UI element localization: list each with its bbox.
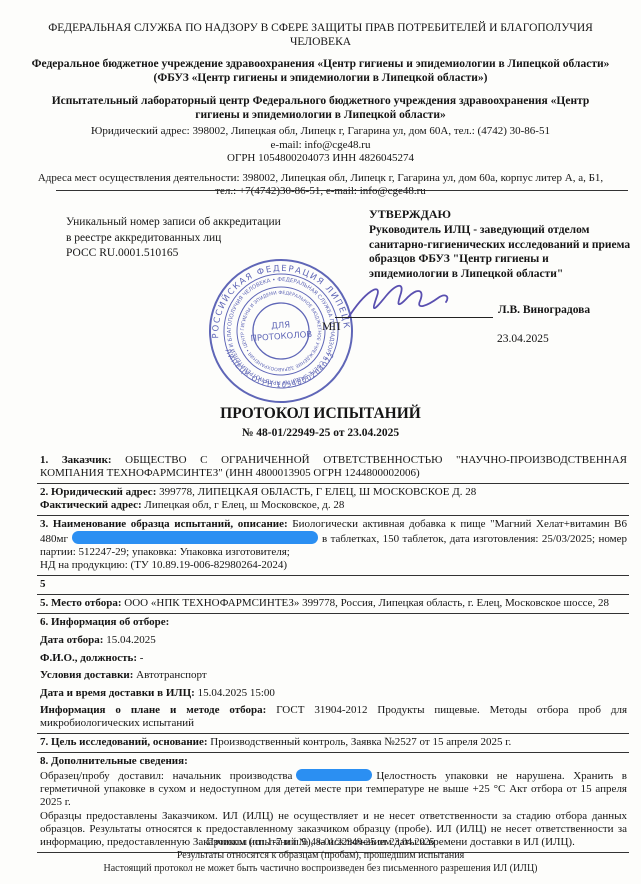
delivery-conditions-row: Условия доставки: Автотранспорт xyxy=(40,669,627,682)
section-7-value: Производственный контроль, Заявка №2527 … xyxy=(210,736,511,748)
legal-address: Юридический адрес: 398002, Липецкая обл,… xyxy=(31,125,611,166)
approver-position: Руководитель ИЛЦ - заведующий отделом са… xyxy=(369,223,631,281)
laboratory-name: Испытательный лабораторный центр Федерал… xyxy=(43,94,599,122)
section-4-value: 5 xyxy=(40,578,46,590)
letterhead: ФЕДЕРАЛЬНАЯ СЛУЖБА ПО НАДЗОРУ В СФЕРЕ ЗА… xyxy=(0,0,641,199)
actual-address-label: Фактический адрес: xyxy=(40,499,142,511)
nd-line: НД на продукцию: (ТУ 10.89.19-006-829802… xyxy=(40,559,627,572)
protocol-document-page: ФЕДЕРАЛЬНАЯ СЛУЖБА ПО НАДЗОРУ В СФЕРЕ ЗА… xyxy=(0,0,641,884)
section-8-label: 8. Дополнительные сведения: xyxy=(40,755,188,767)
stamp-center-line2: ПРОТОКОЛОВ xyxy=(250,330,312,344)
section-7-purpose: 7. Цель исследований, основание: Произво… xyxy=(37,734,629,753)
section-5-value: ООО «НПК ТЕХНОФАРМСИНТЕЗ» 399778, Россия… xyxy=(124,597,609,609)
email-line: e-mail: info@cge48.ru xyxy=(271,139,371,151)
section-5-label: 5. Место отбора: xyxy=(40,597,122,609)
footer-protocol-ref: Протокол испытаний № 48-01/22949-25 от 2… xyxy=(0,836,641,849)
document-title-block: ПРОТОКОЛ ИСПЫТАНИЙ № 48-01/22949-25 от 2… xyxy=(0,405,641,441)
footer-results-note: Результаты относятся к образцам (пробам)… xyxy=(0,849,641,862)
signature-line xyxy=(335,317,493,318)
section-7-label: 7. Цель исследований, основание: xyxy=(40,736,208,748)
sampling-method-row: Информация о плане и методе отбора: ГОСТ… xyxy=(40,704,627,730)
agency-name: ФЕДЕРАЛЬНАЯ СЛУЖБА ПО НАДЗОРУ В СФЕРЕ ЗА… xyxy=(41,0,601,49)
delivery-datetime-row: Дата и время доставки в ИЛЦ: 15.04.2025 … xyxy=(40,687,627,700)
section-6-label: 6. Информация об отборе: xyxy=(40,616,169,628)
section-2-addresses: 2. Юридический адрес: 399778, ЛИПЕЦКАЯ О… xyxy=(37,484,629,516)
page-footer: Протокол испытаний № 48-01/22949-25 от 2… xyxy=(0,836,641,875)
approval-date: 23.04.2025 xyxy=(497,333,549,345)
redaction-bar xyxy=(296,769,372,781)
fio-row: Ф.И.О., должность: - xyxy=(40,652,627,665)
section-1-label: 1. Заказчик: xyxy=(40,454,112,466)
organization-name: Федеральное бюджетное учреждение здравоо… xyxy=(18,57,624,85)
section-1-customer: 1. Заказчик: ОБЩЕСТВО С ОГРАНИЧЕННОЙ ОТВ… xyxy=(37,452,629,484)
stamp-place-label: МП xyxy=(322,321,341,333)
legal-address-label: 2. Юридический адрес: xyxy=(40,486,156,498)
footer-reproduction-note: Настоящий протокол не может быть частичн… xyxy=(0,862,641,875)
section-3-label: 3. Наименование образца испытаний, описа… xyxy=(40,518,288,530)
section-8-paragraph-1: Образец/пробу доставил: начальник произв… xyxy=(40,769,627,809)
protocol-number: № 48-01/22949-25 от 23.04.2025 xyxy=(0,426,641,441)
section-6-sampling-info: 6. Информация об отборе: Дата отбора: 15… xyxy=(37,614,629,734)
actual-address-value: Липецкая обл, г Елец, ш Московское, д. 2… xyxy=(144,499,344,511)
stamp-center-line1: ДЛЯ xyxy=(271,320,291,331)
signature-icon xyxy=(342,280,472,322)
signer-name: Л.В. Виноградова xyxy=(498,304,590,316)
sampling-date-row: Дата отбора: 15.04.2025 xyxy=(40,634,627,647)
section-4-row: 5 xyxy=(37,576,629,595)
header-separator-line xyxy=(56,190,628,191)
accreditation-number: Уникальный номер записи об аккредитации … xyxy=(66,215,306,262)
redaction-bar xyxy=(72,531,318,544)
approval-block: Уникальный номер записи об аккредитации … xyxy=(0,192,641,402)
protocol-table: 1. Заказчик: ОБЩЕСТВО С ОГРАНИЧЕННОЙ ОТВ… xyxy=(37,452,629,853)
section-1-value: ОБЩЕСТВО С ОГРАНИЧЕННОЙ ОТВЕТСТВЕННОСТЬЮ… xyxy=(40,454,627,479)
section-3-sample: 3. Наименование образца испытаний, описа… xyxy=(37,516,629,576)
document-title: ПРОТОКОЛ ИСПЫТАНИЙ xyxy=(0,405,641,423)
ogrn-line: ОГРН 1054800204073 ИНН 4826045274 xyxy=(227,152,414,164)
legal-address-value: 399778, ЛИПЕЦКАЯ ОБЛАСТЬ, Г ЕЛЕЦ, Ш МОСК… xyxy=(159,486,476,498)
approval-title: УТВЕРЖДАЮ xyxy=(369,207,631,222)
approval-text: УТВЕРЖДАЮ Руководитель ИЛЦ - заведующий … xyxy=(369,207,631,281)
section-5-sampling-place: 5. Место отбора: ООО «НПК ТЕХНОФАРМСИНТЕ… xyxy=(37,595,629,614)
